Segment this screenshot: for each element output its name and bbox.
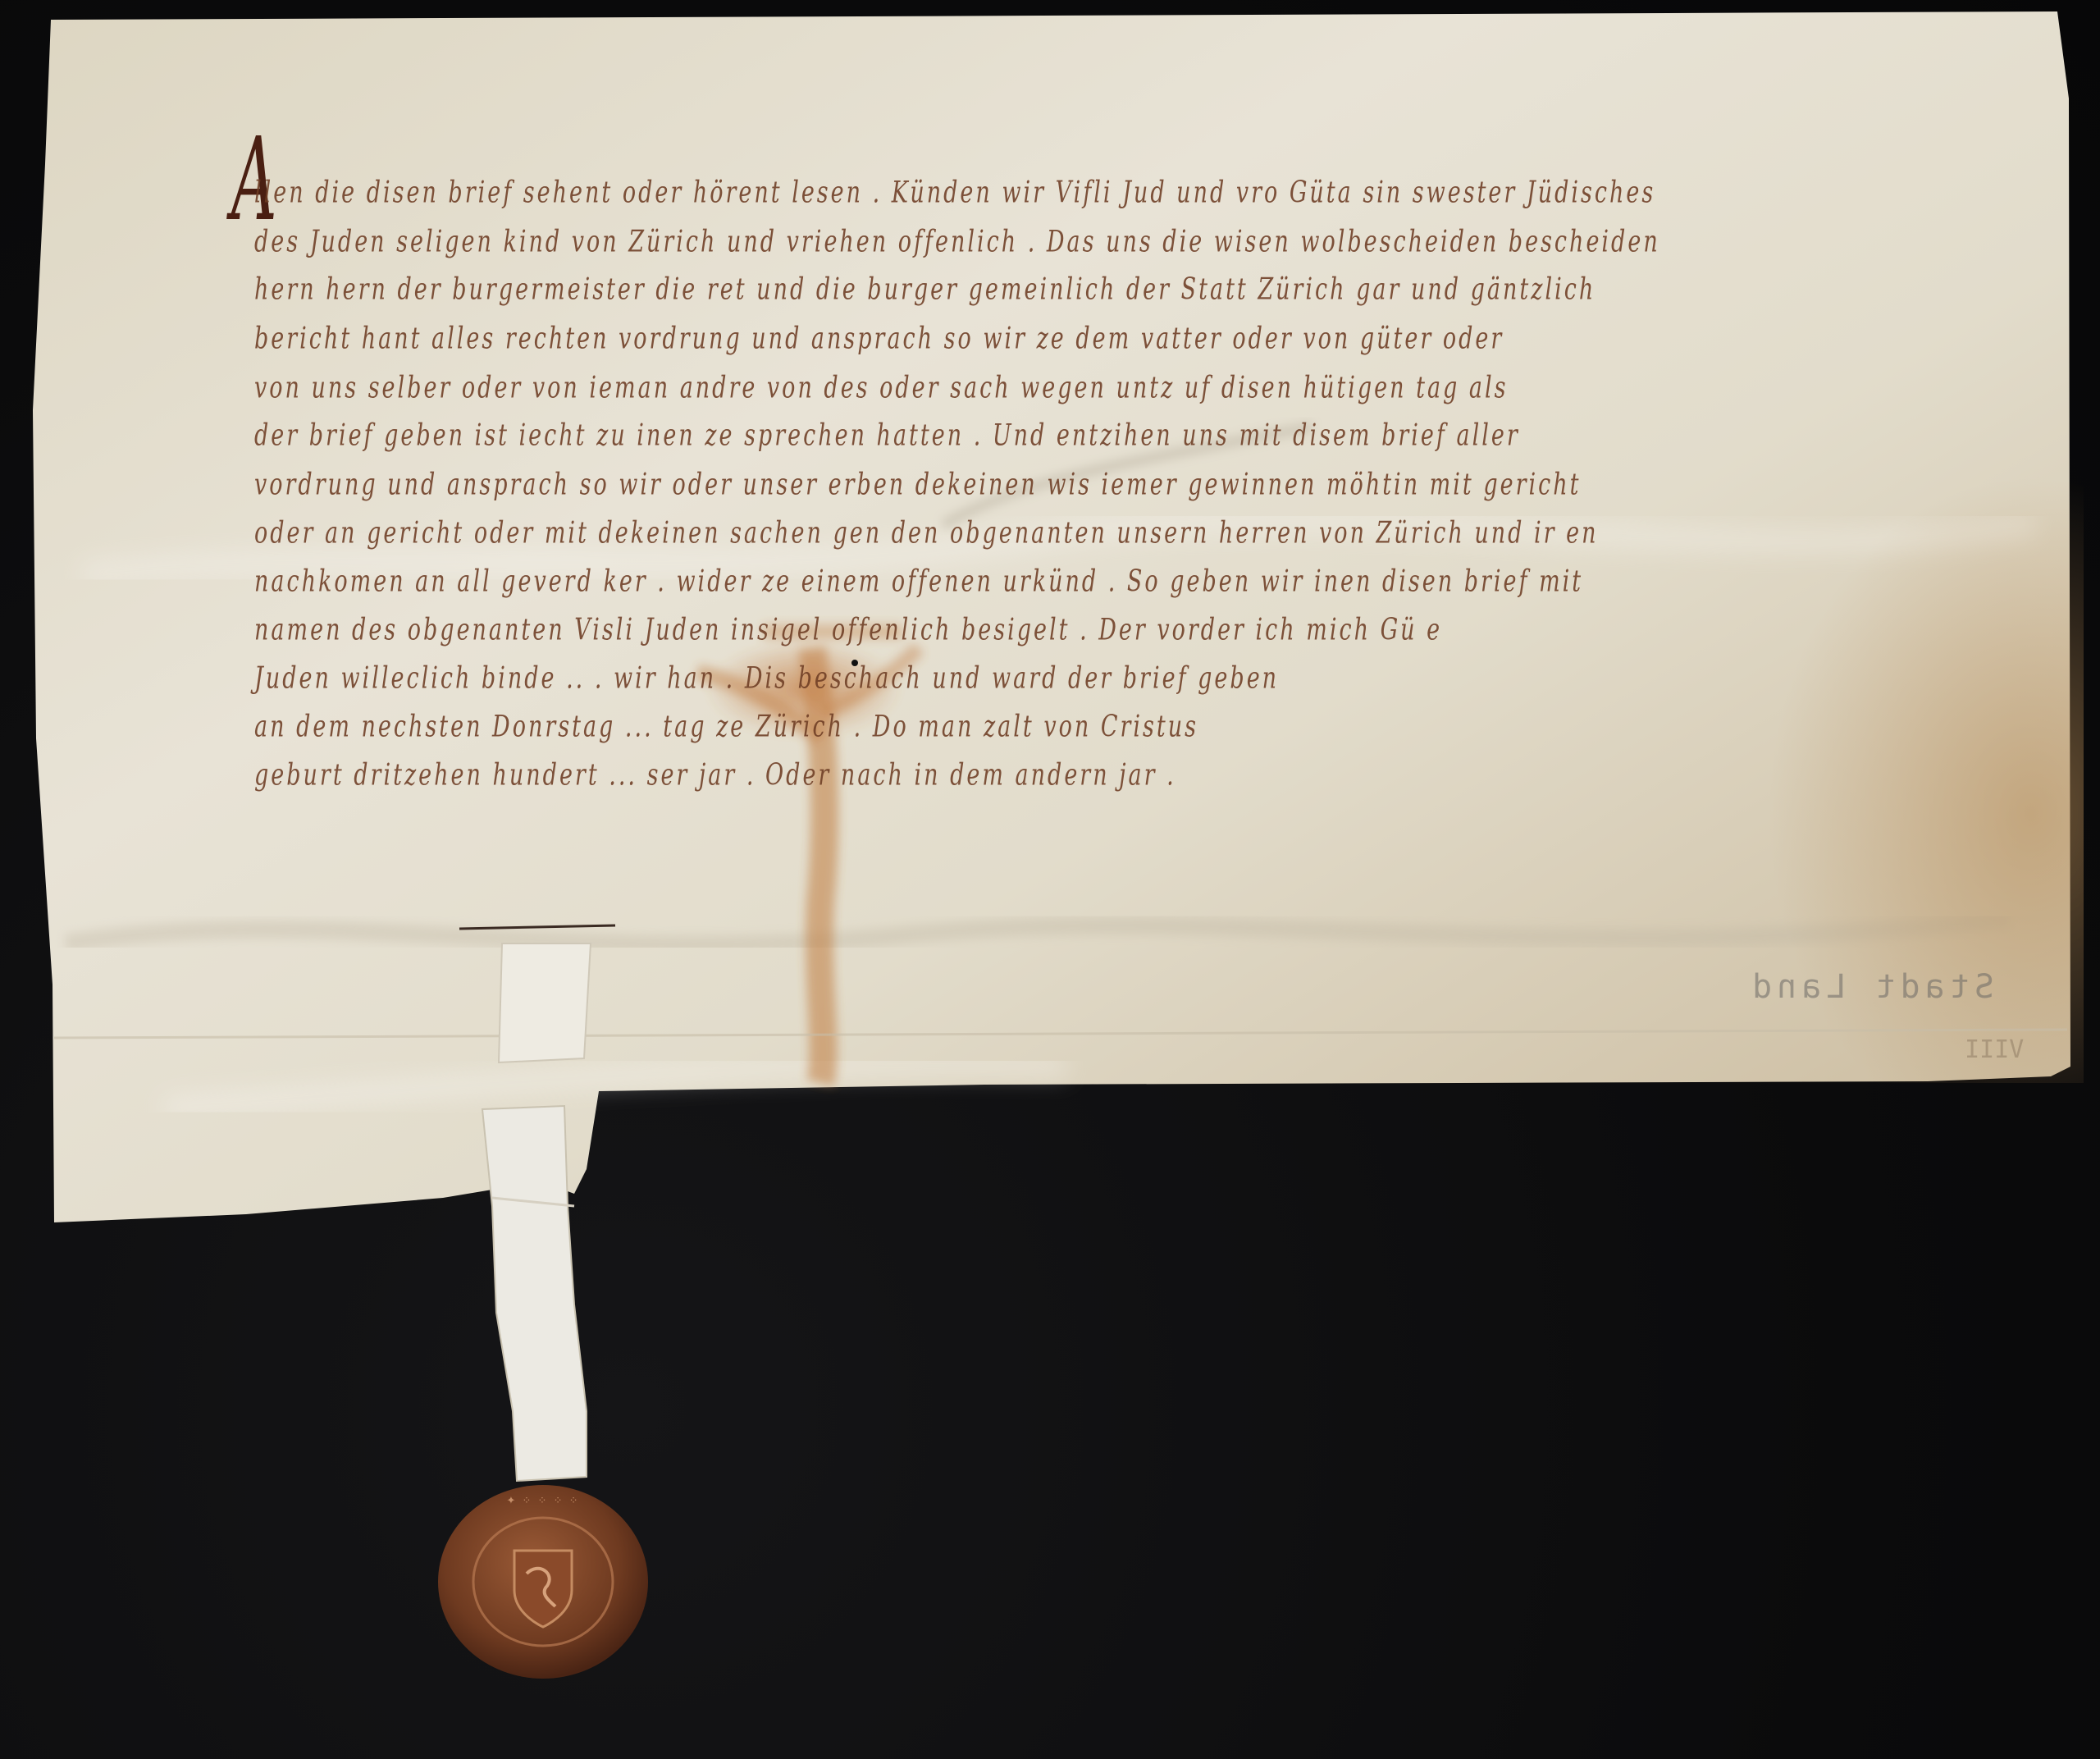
text-line: namen des obgenanten Visli Juden insigel… <box>254 613 1442 647</box>
text-line: nachkomen an all geverd ker . wider ze e… <box>254 564 1583 599</box>
text-line: hern hern der burgermeister die ret und … <box>254 272 1596 307</box>
charter-illustration: ✦ ⁘ ⁘ ⁘ ⁘ <box>0 0 2100 1759</box>
text-line: des Juden seligen kind von Zürich und vr… <box>254 225 1660 259</box>
text-line: llen die disen brief sehent oder hörent … <box>254 176 1655 210</box>
text-line: geburt dritzehen hundert ... ser jar . O… <box>254 758 1176 793</box>
text-line: von uns selber oder von ieman andre von … <box>254 371 1509 405</box>
archival-stamp: Stadt Land <box>1747 968 1994 1006</box>
text-line: der brief geben ist iecht zu inen ze spr… <box>254 418 1520 453</box>
text-line: oder an gericht oder mit dekeinen sachen… <box>254 516 1598 551</box>
seal-legend: ✦ ⁘ ⁘ ⁘ ⁘ <box>507 1495 580 1507</box>
wax-seal: ✦ ⁘ ⁘ ⁘ ⁘ <box>438 1485 648 1679</box>
seal-strap-upper <box>499 943 591 1062</box>
text-line: an dem nechsten Donrstag ... tag ze Züri… <box>254 710 1198 744</box>
text-line: Juden willeclich binde .. . wir han . Di… <box>254 661 1279 696</box>
text-line: bericht hant alles rechten vordrung und … <box>254 322 1504 356</box>
archival-stamp-secondary: VIII <box>1965 1035 2024 1064</box>
text-line: vordrung und ansprach so wir oder unser … <box>254 468 1582 502</box>
